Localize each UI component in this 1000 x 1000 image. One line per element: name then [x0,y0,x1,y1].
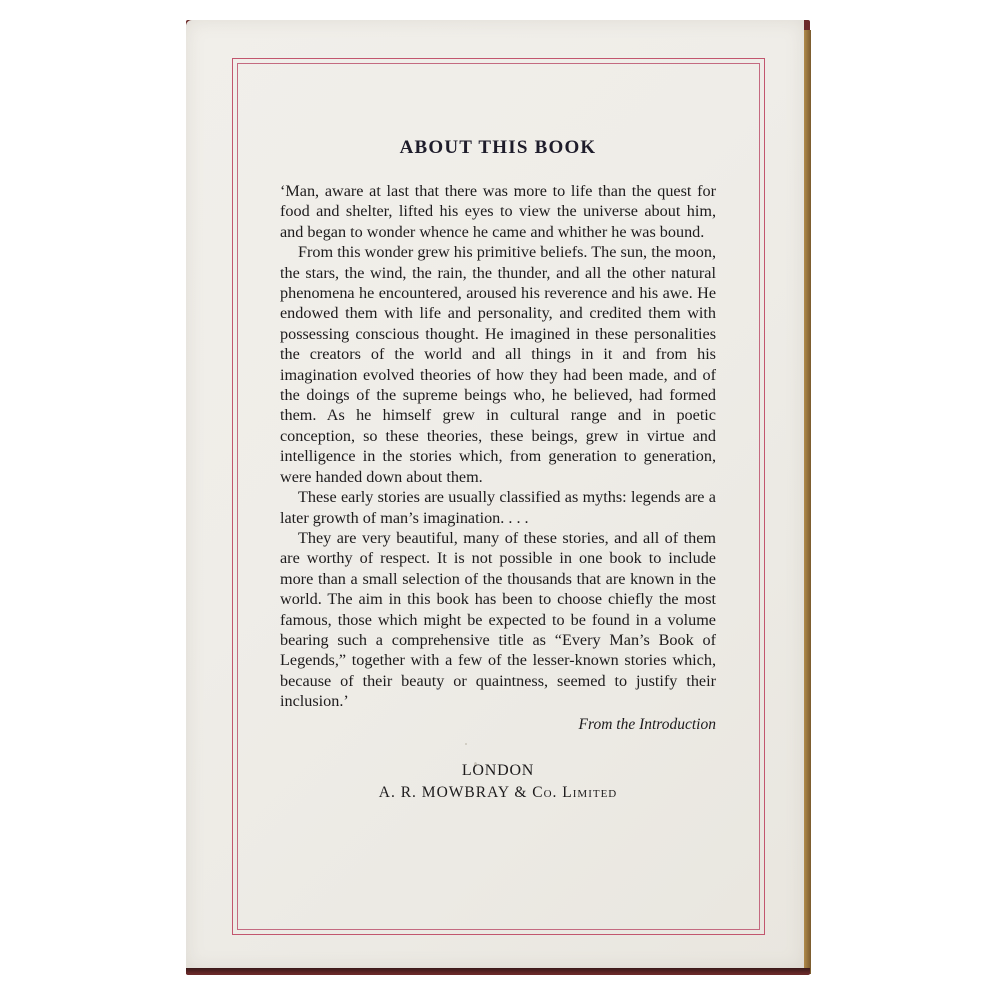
blurb-paragraph: They are very beautiful, many of these s… [280,528,716,712]
book-spine-edge [804,30,811,974]
publisher-city: LONDON [280,762,716,780]
blurb-paragraph: From this wonder grew his primitive beli… [280,242,716,487]
blurb-paragraph: These early stories are usually classifi… [280,487,716,528]
publisher-name: A. R. MOWBRAY & Co. Limited [280,784,716,802]
jacket-content: ABOUT THIS BOOK ‘Man, aware at last that… [280,132,716,802]
page-title: ABOUT THIS BOOK [280,137,716,159]
blurb-paragraph: ‘Man, aware at last that there was more … [280,181,716,242]
publisher-imprint: LONDON A. R. MOWBRAY & Co. Limited [280,762,716,802]
blurb-text: ‘Man, aware at last that there was more … [280,181,716,712]
attribution: From the Introduction [280,716,716,734]
book-bottom-edge [186,968,810,974]
